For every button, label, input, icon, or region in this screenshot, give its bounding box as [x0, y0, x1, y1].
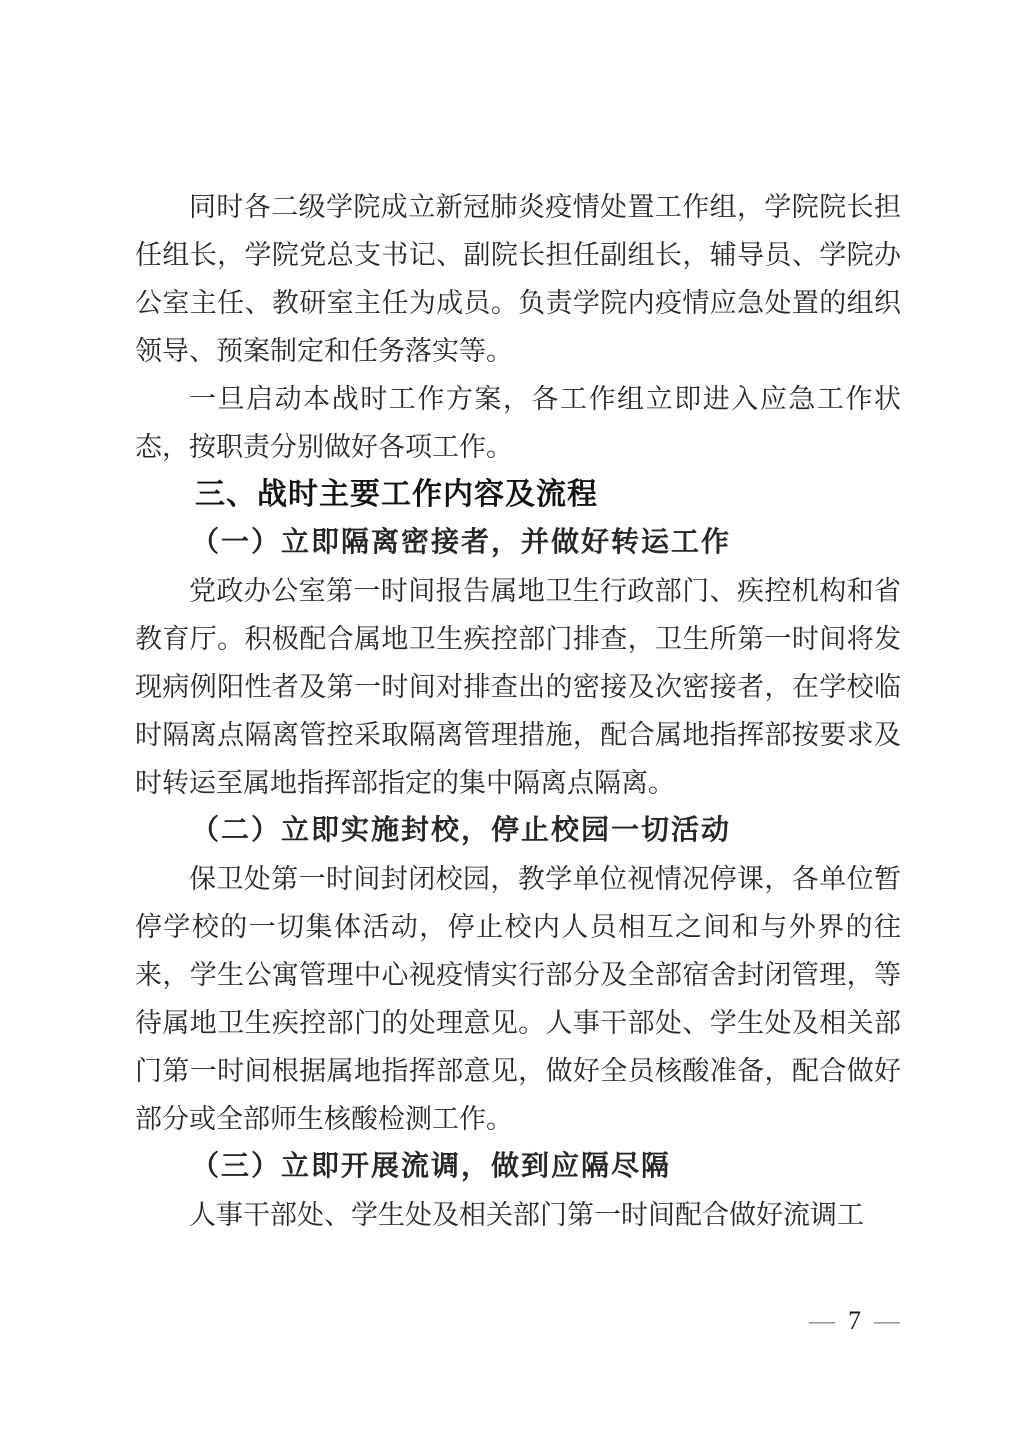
section-heading: 三、战时主要工作内容及流程	[135, 471, 901, 519]
subsection-heading: （一）立即隔离密接者，并做好转运工作	[135, 519, 901, 567]
subsection-heading: （二）立即实施封校，停止校园一切活动	[135, 807, 901, 855]
subsection-heading: （三）立即开展流调，做到应隔尽隔	[135, 1143, 901, 1191]
footer-dash-left: —	[809, 1297, 835, 1345]
document-page: 同时各二级学院成立新冠肺炎疫情处置工作组，学院院长担任组长，学院党总支书记、副院…	[0, 0, 1024, 1448]
page-number: 7	[848, 1297, 861, 1345]
body-paragraph: 同时各二级学院成立新冠肺炎疫情处置工作组，学院院长担任组长，学院党总支书记、副院…	[135, 183, 901, 375]
body-paragraph: 保卫处第一时间封闭校园，教学单位视情况停课，各单位暂停学校的一切集体活动，停止校…	[135, 855, 901, 1143]
body-paragraph: 党政办公室第一时间报告属地卫生行政部门、疾控机构和省教育厅。积极配合属地卫生疾控…	[135, 567, 901, 807]
footer-dash-right: —	[874, 1297, 900, 1345]
document-body: 同时各二级学院成立新冠肺炎疫情处置工作组，学院院长担任组长，学院党总支书记、副院…	[135, 183, 901, 1239]
body-paragraph: 人事干部处、学生处及相关部门第一时间配合做好流调工	[135, 1191, 901, 1239]
page-footer: — 7 —	[809, 1297, 900, 1345]
body-paragraph: 一旦启动本战时工作方案，各工作组立即进入应急工作状态，按职责分别做好各项工作。	[135, 375, 901, 471]
